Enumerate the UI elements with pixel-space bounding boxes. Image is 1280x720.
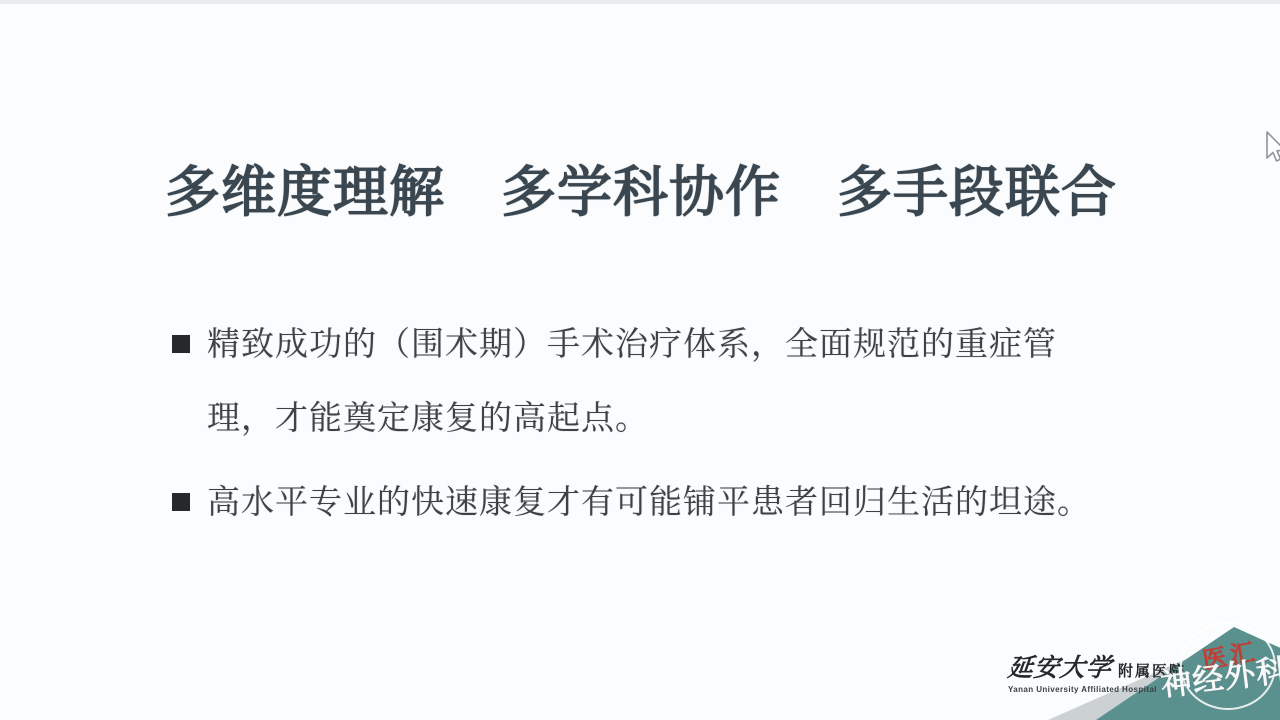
hospital-name-zh-row: 延安大学 附属医院 xyxy=(1008,648,1178,684)
hospital-logo: 延安大学 附属医院 Yanan University Affiliated Ho… xyxy=(1008,648,1178,694)
bullet-item-1: 精致成功的（围术期）手术治疗体系，全面规范的重症管 理，才能奠定康复的高起点。 xyxy=(172,307,1132,455)
bullet-1-line-2: 理，才能奠定康复的高起点。 xyxy=(207,399,649,436)
square-bullet-icon xyxy=(172,493,190,511)
square-bullet-icon xyxy=(172,335,190,353)
title-part-3: 多手段联合 xyxy=(837,148,1117,227)
slide-frame: 多维度理解 多学科协作 多手段联合 精致成功的（围术期）手术治疗体系，全面规范的… xyxy=(0,0,1280,720)
title-part-2: 多学科协作 xyxy=(501,148,781,227)
bullet-1-line-1: 精致成功的（围术期）手术治疗体系，全面规范的重症管 xyxy=(207,325,1057,362)
bullet-2-line-1: 高水平专业的快速康复才有可能铺平患者回归生活的坦途。 xyxy=(207,483,1091,520)
hospital-name-en: Yanan University Affiliated Hospital xyxy=(1008,685,1178,694)
title-part-1: 多维度理解 xyxy=(165,148,445,227)
mouse-cursor-icon xyxy=(1266,131,1280,165)
bullet-list: 精致成功的（围术期）手术治疗体系，全面规范的重症管 理，才能奠定康复的高起点。 … xyxy=(172,307,1132,539)
video-letterbox-strip xyxy=(0,0,1280,4)
slide-title: 多维度理解 多学科协作 多手段联合 xyxy=(165,148,1117,227)
hospital-name-calligraphy: 延安大学 xyxy=(1006,648,1114,684)
bullet-item-2: 高水平专业的快速康复才有可能铺平患者回归生活的坦途。 xyxy=(172,465,1132,539)
bullet-text: 精致成功的（围术期）手术治疗体系，全面规范的重症管 理，才能奠定康复的高起点。 xyxy=(207,307,1057,455)
bullet-text: 高水平专业的快速康复才有可能铺平患者回归生活的坦途。 xyxy=(207,465,1091,539)
